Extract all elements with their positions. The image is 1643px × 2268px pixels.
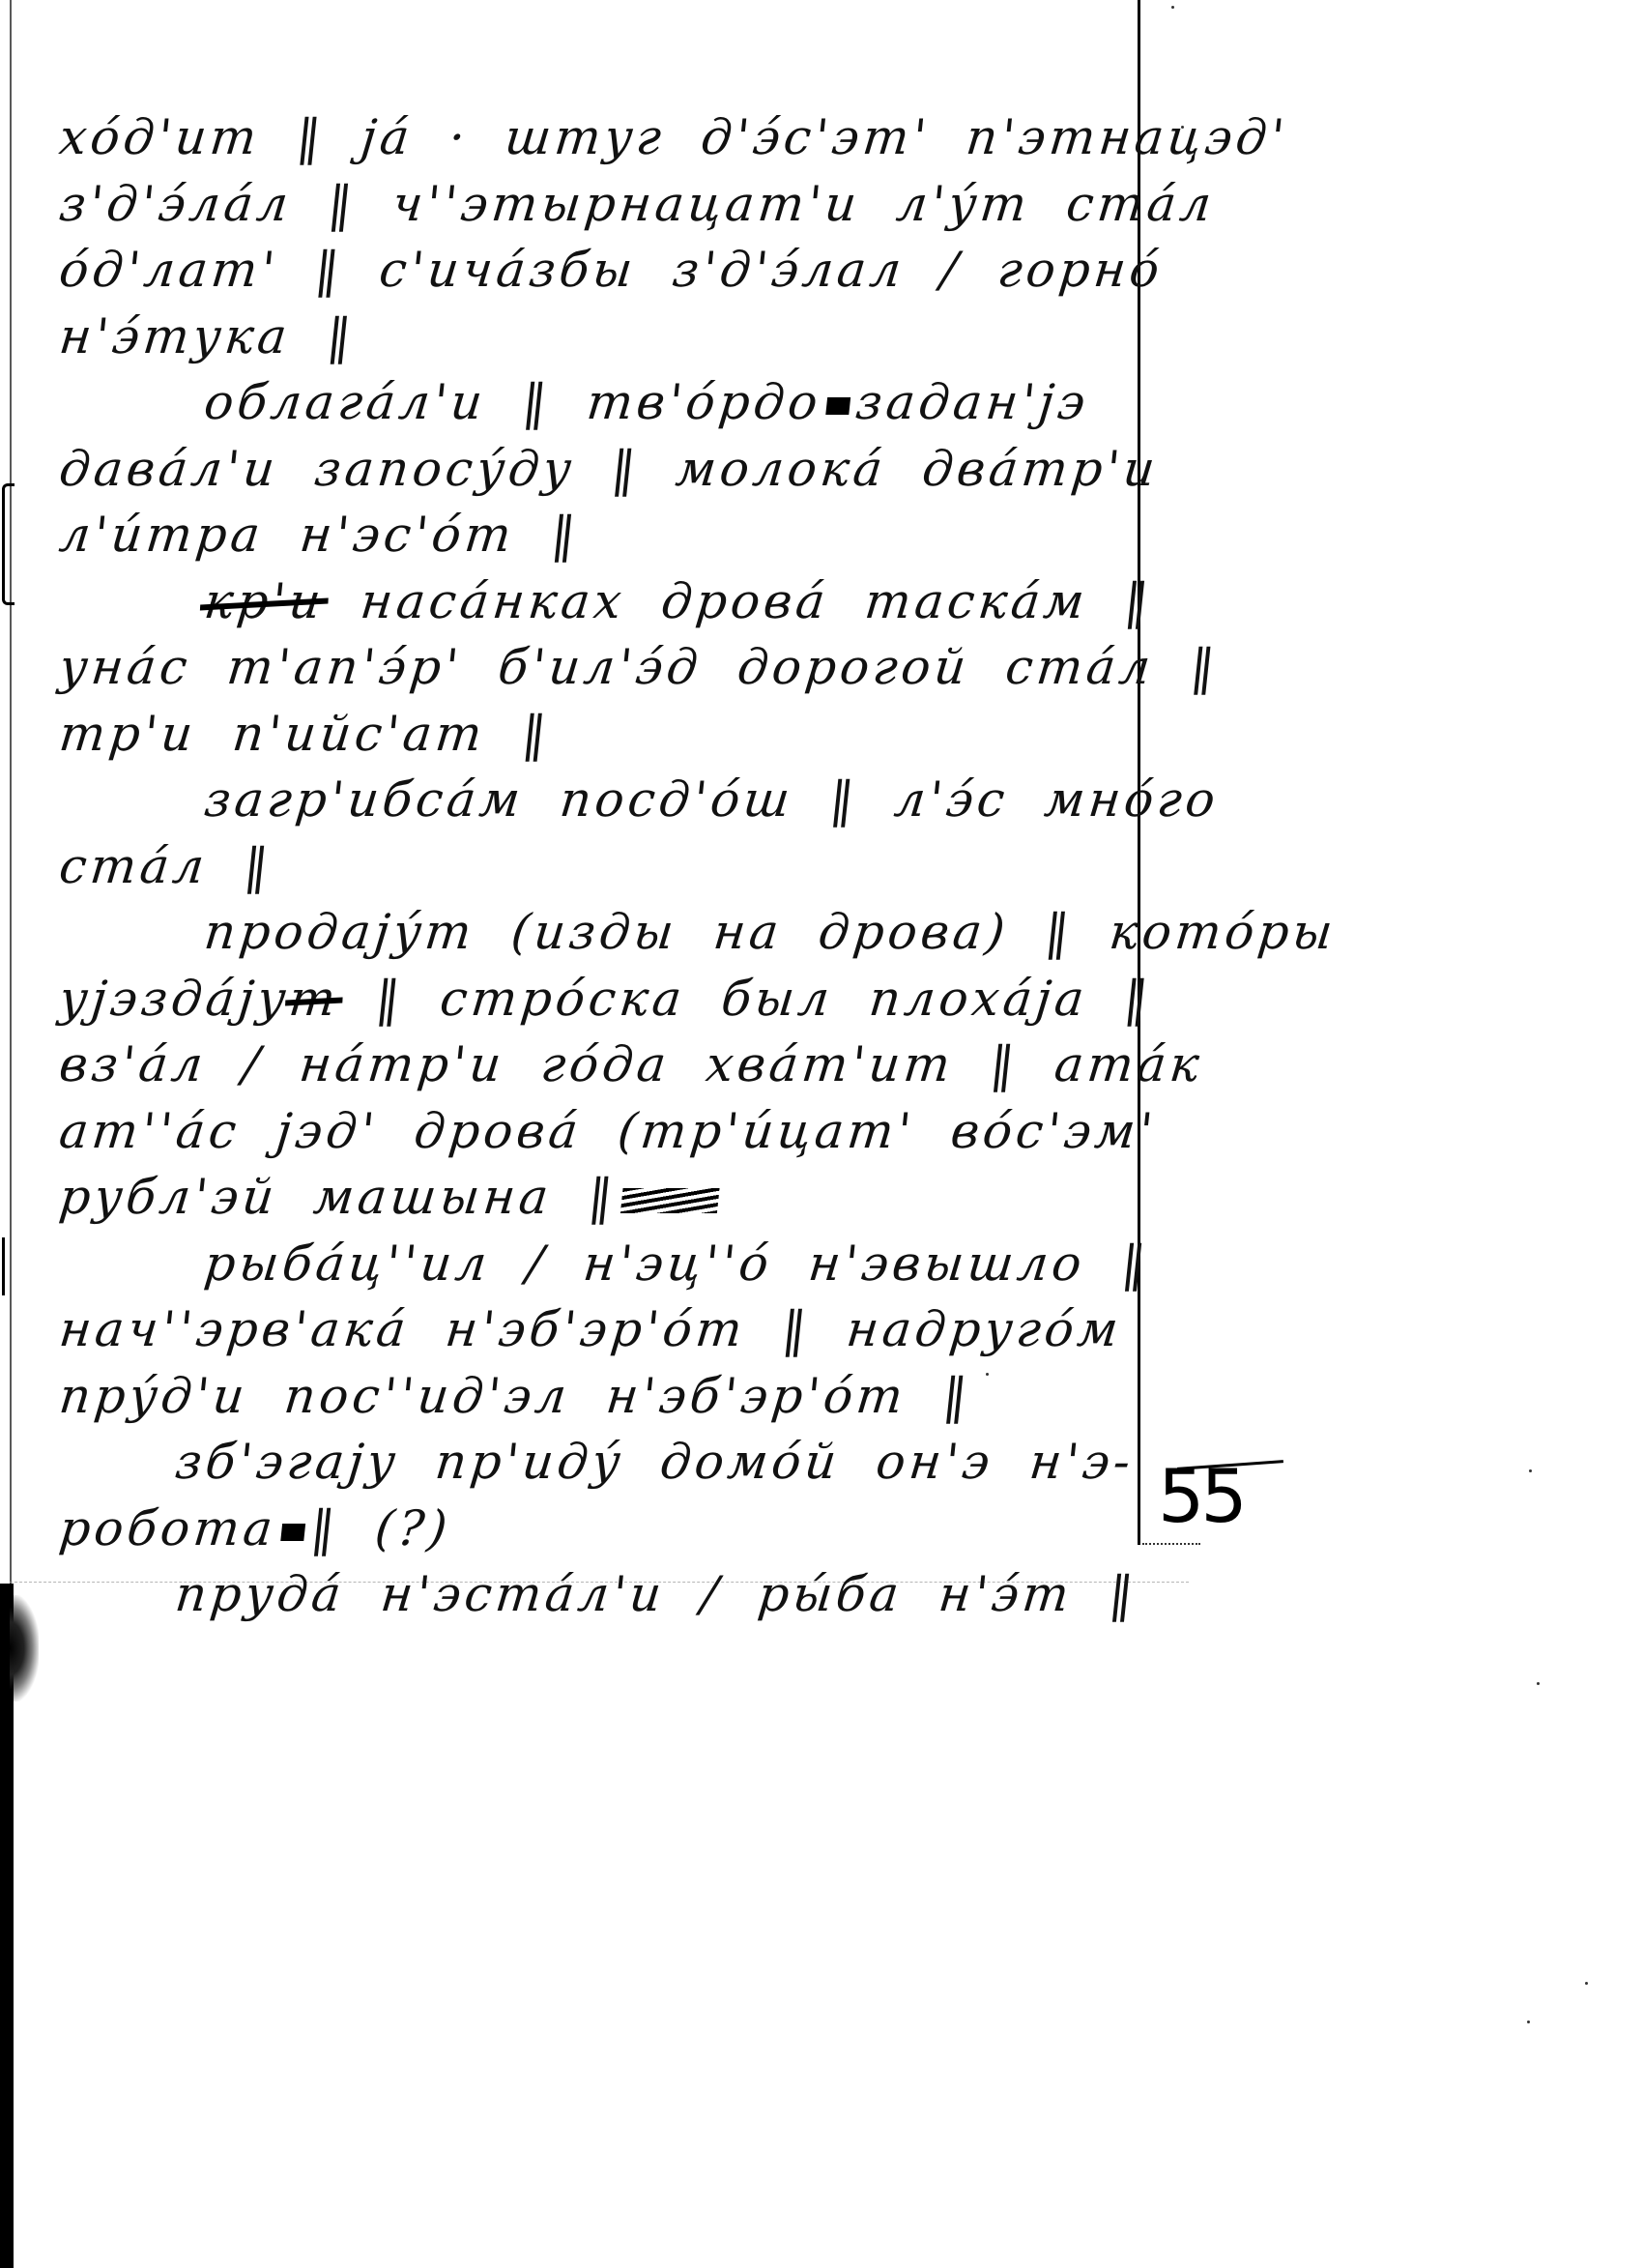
line-text: робота — [57, 1500, 279, 1556]
text-line: тр'и п'ийс'ат ‖ — [56, 701, 1145, 768]
line-text: задан'јэ — [853, 374, 1092, 430]
binding-mark — [2, 483, 14, 605]
line-text: зб'эгају пр'иду́ домо́й он'э н'э- — [173, 1434, 1138, 1490]
margin-rule-foot — [1142, 1543, 1200, 1545]
scan-speck — [1527, 2021, 1530, 2023]
line-text: тр'и п'ийс'ат ‖ — [57, 706, 554, 762]
text-line: ујэзда́јут ‖ стро́ска был плоха́ја ‖ — [56, 966, 1145, 1032]
binding-shadow-edge — [10, 1595, 39, 1701]
line-text: ‖ (?) — [308, 1500, 454, 1556]
scribbled-out-mark — [825, 397, 850, 415]
text-line: нач''эрв'ака́ н'эб'эр'о́т ‖ надруго́м — [56, 1296, 1145, 1363]
line-text: пру́д'и пос''ид'эл н'эб'эр'о́т ‖ — [57, 1368, 974, 1424]
line-text: вз'а́л / на́тр'и го́да хва́т'ит ‖ ата́к — [57, 1036, 1206, 1092]
line-text: облага́л'и ‖ тв'о́рдо — [202, 374, 824, 430]
text-line-paragraph-start: кр'и наса́нках дрова́ таска́м ‖ — [56, 568, 1145, 635]
line-text: о́д'лат' ‖ с'ича́збы з'д'э́лал / горно́ — [57, 242, 1166, 298]
text-line: з'д'э́ла́л ‖ ч''этырнацат'и л'у́т ста́л — [56, 171, 1145, 238]
line-text: продају́т (изды на дрова) ‖ кото́ры — [202, 904, 1340, 960]
line-text: ‖ стро́ска был плоха́ја ‖ — [373, 971, 1155, 1027]
text-line-paragraph-start: пруда́ н'эста́л'и / ры́ба н'э́т ‖ — [56, 1561, 1145, 1628]
binding-edge-line — [10, 0, 12, 1585]
scan-speck — [1585, 1982, 1588, 1985]
struck-out-word: кр'и — [201, 568, 328, 634]
handwritten-text: хо́д'ит ‖ ја́ · штуг д'э́с'эт' п'этнацэд… — [56, 104, 1139, 1628]
line-text: рубл'эй машына ‖ — [57, 1169, 620, 1225]
scan-speck — [1537, 1682, 1540, 1685]
scan-speck — [1529, 1469, 1532, 1472]
text-line: дава́л'и запосу́ду ‖ молока́ два́тр'и — [56, 436, 1145, 503]
line-text: з'д'э́ла́л ‖ ч''этырнацат'и л'у́т ста́л — [57, 176, 1218, 232]
text-line: вз'а́л / на́тр'и го́да хва́т'ит ‖ ата́к — [56, 1032, 1145, 1098]
text-line: о́д'лат' ‖ с'ича́збы з'д'э́лал / горно́ — [56, 237, 1145, 304]
line-text: дава́л'и запосу́ду ‖ молока́ два́тр'и — [57, 441, 1162, 497]
text-line: хо́д'ит ‖ ја́ · штуг д'э́с'эт' п'этнацэд… — [56, 104, 1145, 171]
text-line: ат''а́с јэд' дрова́ (тр'и́цат' во́с'эм' — [56, 1098, 1145, 1165]
line-text: уна́с т'ап'э́р' б'ил'э́д дорогой ста́л ‖ — [57, 639, 1222, 695]
text-line: робота‖ (?) — [56, 1496, 1145, 1562]
text-line: н'э́тука ‖ — [56, 304, 1145, 370]
line-text: н'э́тука ‖ — [57, 308, 359, 364]
text-line-paragraph-start: зб'эгају пр'иду́ домо́й он'э н'э- — [56, 1429, 1145, 1496]
line-text: хо́д'ит ‖ ја́ · штуг д'э́с'эт' п'этнацэд… — [57, 109, 1291, 165]
text-line: ста́л ‖ — [56, 833, 1145, 900]
line-text: нач''эрв'ака́ н'эб'эр'о́т ‖ надруго́м — [57, 1301, 1125, 1357]
text-line: рубл'эй машына ‖ — [56, 1164, 1145, 1231]
text-line-paragraph-start: рыба́ц''ил / н'эц''о́ н'эвышло ‖ — [56, 1231, 1145, 1297]
line-text: рыба́ц''ил / н'эц''о́ н'эвышло ‖ — [202, 1236, 1153, 1292]
text-line: пру́д'и пос''ид'эл н'эб'эр'о́т ‖ — [56, 1363, 1145, 1430]
text-line-paragraph-start: облага́л'и ‖ тв'о́рдозадан'јэ — [56, 369, 1145, 436]
line-text: л'и́тра н'эс'о́т ‖ — [57, 507, 583, 563]
line-text: загр'ибса́м посд'о́ш ‖ л'э́с мно́го — [202, 771, 1222, 828]
line-text: ујэзда́ју — [57, 971, 293, 1027]
line-text: ат''а́с јэд' дрова́ (тр'и́цат' во́с'эм' — [57, 1103, 1160, 1159]
struck-out-letter: т — [286, 966, 343, 1032]
text-line-paragraph-start: загр'ибса́м посд'о́ш ‖ л'э́с мно́го — [56, 767, 1145, 833]
line-text: наса́нках дрова́ таска́м ‖ — [358, 573, 1155, 629]
scanned-page: 55 хо́д'ит ‖ ја́ · штуг д'э́с'эт' п'этна… — [0, 0, 1643, 2268]
scribbled-out-mark — [620, 1188, 720, 1213]
page-number: 55 — [1158, 1460, 1244, 1533]
binding-mark — [2, 1237, 11, 1295]
line-text: ста́л ‖ — [57, 838, 275, 894]
scan-speck — [1171, 6, 1174, 9]
text-line: л'и́тра н'эс'о́т ‖ — [56, 502, 1145, 568]
text-line: уна́с т'ап'э́р' б'ил'э́д дорогой ста́л ‖ — [56, 634, 1145, 701]
scribbled-out-mark — [280, 1524, 305, 1541]
text-line-paragraph-start: продају́т (изды на дрова) ‖ кото́ры — [56, 899, 1145, 966]
line-text: пруда́ н'эста́л'и / ры́ба н'э́т ‖ — [173, 1566, 1140, 1622]
